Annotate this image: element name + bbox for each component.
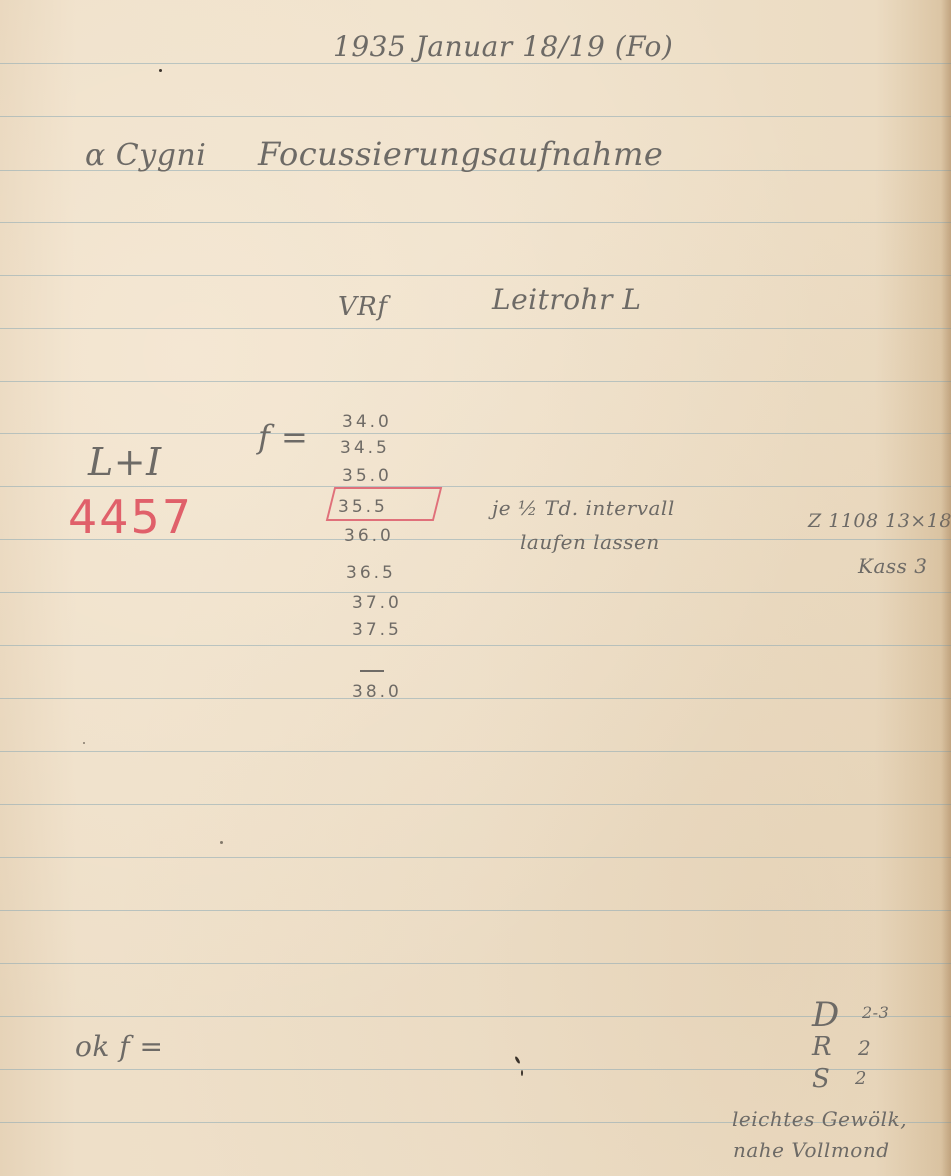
- page-edge-shadow: [941, 0, 951, 1176]
- focus-label: f =: [258, 418, 308, 456]
- paper-speck: [159, 69, 162, 72]
- notebook-page: 1935 Januar 18/19 (Fo) α Cygni Focussier…: [0, 0, 951, 1176]
- rule-line: [0, 275, 951, 276]
- rule-line: [0, 328, 951, 329]
- plate-info-line2: Kass 3: [858, 554, 927, 578]
- rule-line: [0, 116, 951, 117]
- date-line: 1935 Januar 18/19 (Fo): [333, 30, 673, 63]
- rule-line: [0, 645, 951, 646]
- condition-value: 2-3: [862, 1003, 889, 1022]
- plate-number: 4457: [68, 490, 193, 544]
- result-label: ok f =: [75, 1030, 163, 1063]
- condition-value: 2: [858, 1036, 871, 1060]
- focus-value: 37.5: [352, 620, 402, 640]
- instrument-label: VRf: [338, 292, 387, 322]
- rule-line: [0, 857, 951, 858]
- condition-symbol: D: [812, 995, 840, 1035]
- exposure-description: Focussierungsaufnahme: [258, 135, 663, 173]
- focus-value: 36.5: [346, 563, 396, 583]
- paper-speck: [220, 841, 223, 844]
- focus-value: 37.0: [352, 593, 402, 613]
- conditions-note-line1: leichtes Gewölk,: [732, 1107, 907, 1131]
- rule-line: [0, 910, 951, 911]
- plate-info-line1: Z 1108 13×18: [808, 510, 951, 532]
- exposure-note-line1: je ½ Td. intervall: [492, 496, 675, 520]
- rule-line: [0, 592, 951, 593]
- rule-line: [0, 1069, 951, 1070]
- rule-line: [0, 486, 951, 487]
- rule-line: [0, 433, 951, 434]
- focus-value: 34.0: [342, 412, 392, 432]
- conditions-note-line2: nahe Vollmond: [733, 1138, 890, 1162]
- rule-line: [0, 804, 951, 805]
- exposure-note-line2: laufen lassen: [520, 530, 660, 554]
- rule-line: [0, 1016, 951, 1017]
- paper-speck: [521, 1070, 523, 1076]
- rule-line: [0, 698, 951, 699]
- focus-value: 38.0: [352, 682, 402, 702]
- rule-line: [0, 381, 951, 382]
- rule-line: [0, 63, 951, 64]
- condition-value: 2: [855, 1068, 867, 1089]
- paper-speck: [514, 1056, 521, 1064]
- object-name: α Cygni: [85, 138, 206, 173]
- focus-value: 35.0: [342, 466, 392, 486]
- overline-mark: [360, 670, 384, 672]
- highlight-box: [326, 487, 442, 521]
- focus-value: 36.0: [344, 526, 394, 546]
- condition-symbol: S: [812, 1064, 830, 1094]
- rule-line: [0, 751, 951, 752]
- plate-label: L+I: [88, 440, 162, 484]
- focus-value: 34.5: [340, 438, 390, 458]
- guide-scope-note: Leitrohr L: [492, 283, 642, 316]
- paper-speck: [83, 742, 85, 744]
- rule-line: [0, 963, 951, 964]
- condition-symbol: R: [812, 1032, 832, 1062]
- rule-line: [0, 222, 951, 223]
